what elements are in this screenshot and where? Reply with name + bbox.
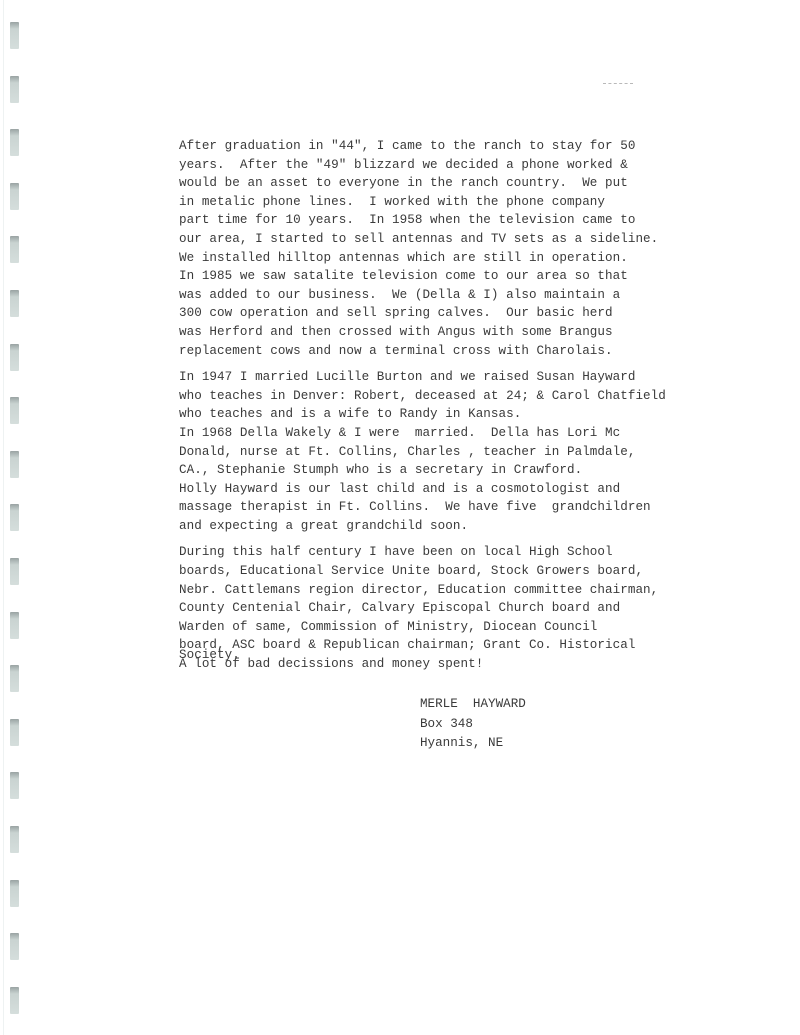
scan-artifact	[603, 83, 633, 85]
text-line: part time for 10 years. In 1958 when the…	[179, 211, 699, 230]
binder-hole	[10, 826, 19, 853]
binder-hole	[10, 451, 19, 478]
text-line: We installed hilltop antennas which are …	[179, 249, 699, 268]
binder-hole	[10, 880, 19, 907]
text-line: was added to our business. We (Della & I…	[179, 286, 699, 305]
paragraph-career: After graduation in "44", I came to the …	[179, 137, 699, 360]
binder-hole	[10, 612, 19, 639]
text-line: and expecting a great grandchild soon.	[179, 517, 699, 536]
text-line: in metalic phone lines. I worked with th…	[179, 193, 699, 212]
text-line: CA., Stephanie Stumph who is a secretary…	[179, 461, 699, 480]
binder-hole	[10, 344, 19, 371]
text-line: was Herford and then crossed with Angus …	[179, 323, 699, 342]
text-line: board, ASC board & Republican chairman; …	[179, 636, 699, 655]
text-line: who teaches and is a wife to Randy in Ka…	[179, 405, 699, 424]
text-line: Warden of same, Commission of Ministry, …	[179, 618, 699, 637]
text-line: County Centenial Chair, Calvary Episcopa…	[179, 599, 699, 618]
binder-hole	[10, 76, 19, 103]
signature-block: MERLE HAYWARD Box 348 Hyannis, NE	[420, 695, 526, 754]
final-remark: A lot of bad decissions and money spent!	[179, 655, 483, 674]
text-line: massage therapist in Ft. Collins. We hav…	[179, 498, 699, 517]
binder-hole	[10, 719, 19, 746]
binder-hole	[10, 772, 19, 799]
text-line: 300 cow operation and sell spring calves…	[179, 304, 699, 323]
closing-line: Society. A lot of bad decissions and mon…	[179, 655, 699, 674]
text-line: years. After the "49" blizzard we decide…	[179, 156, 699, 175]
text-line: who teaches in Denver: Robert, deceased …	[179, 387, 699, 406]
text-line: Holly Hayward is our last child and is a…	[179, 480, 699, 499]
binder-hole	[10, 665, 19, 692]
binder-hole	[10, 22, 19, 49]
binder-hole	[10, 558, 19, 585]
binder-holes	[0, 0, 30, 1035]
signature-name: MERLE HAYWARD	[420, 695, 526, 715]
paragraph-service: During this half century I have been on …	[179, 543, 699, 655]
text-line: Donald, nurse at Ft. Collins, Charles , …	[179, 443, 699, 462]
typed-letter: After graduation in "44", I came to the …	[179, 137, 699, 674]
text-line: Nebr. Cattlemans region director, Educat…	[179, 581, 699, 600]
binder-hole	[10, 236, 19, 263]
text-line: would be an asset to everyone in the ran…	[179, 174, 699, 193]
text-line: replacement cows and now a terminal cros…	[179, 342, 699, 361]
binder-hole	[10, 290, 19, 317]
binder-hole	[10, 504, 19, 531]
binder-hole	[10, 183, 19, 210]
text-line: In 1985 we saw satalite television come …	[179, 267, 699, 286]
text-line: In 1968 Della Wakely & I were married. D…	[179, 424, 699, 443]
binder-hole	[10, 129, 19, 156]
text-line: boards, Educational Service Unite board,…	[179, 562, 699, 581]
text-line: During this half century I have been on …	[179, 543, 699, 562]
signature-city: Hyannis, NE	[420, 734, 526, 754]
binder-hole	[10, 987, 19, 1014]
signature-box: Box 348	[420, 715, 526, 735]
text-line: our area, I started to sell antennas and…	[179, 230, 699, 249]
binder-hole	[10, 397, 19, 424]
binder-hole	[10, 933, 19, 960]
text-line: After graduation in "44", I came to the …	[179, 137, 699, 156]
text-line: In 1947 I married Lucille Burton and we …	[179, 368, 699, 387]
paragraph-family: In 1947 I married Lucille Burton and we …	[179, 368, 699, 535]
